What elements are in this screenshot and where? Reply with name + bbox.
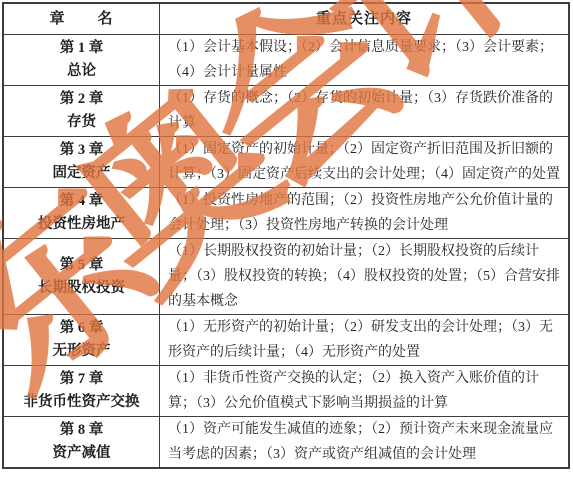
table-body: 第 1 章 总论 （1）会计基本假设；（2）会计信息质量要求；（3）会计要素；（… xyxy=(3,35,569,469)
table-row: 第 7 章 非货币性资产交换 （1）非货币性资产交换的认定；（2）换入资产入账价… xyxy=(3,366,569,417)
focus-content-cell: （1）固定资产的初始计量；（2）固定资产折旧范围及折旧额的计算；（3）固定资产后… xyxy=(160,137,570,188)
chapter-cell: 第 7 章 非货币性资产交换 xyxy=(3,366,160,417)
focus-content-cell: （1）投资性房地产的范围；（2）投资性房地产公允价值计量的会计处理；（3）投资性… xyxy=(160,188,570,239)
focus-content-cell: （1）长期股权投资的初始计量；（2）长期股权投资的后续计量；（3）股权投资的转换… xyxy=(160,239,570,315)
chapter-cell: 第 2 章 存货 xyxy=(3,86,160,137)
table-row: 第 6 章 无形资产 （1）无形资产的初始计量；（2）研发支出的会计处理；（3）… xyxy=(3,315,569,366)
chapter-cell: 第 6 章 无形资产 xyxy=(3,315,160,366)
chapter-title: 非货币性资产交换 xyxy=(8,391,155,414)
chapter-number: 第 1 章 xyxy=(8,37,155,60)
chapter-cell: 第 4 章 投资性房地产 xyxy=(3,188,160,239)
chapter-number: 第 7 章 xyxy=(8,368,155,391)
table-row: 第 2 章 存货 （1）存货的概念；（2）存货的初始计量；（3）存货跌价准备的计… xyxy=(3,86,569,137)
chapter-title: 无形资产 xyxy=(8,340,155,363)
table-header-row: 章 名 重点关注内容 xyxy=(3,3,569,35)
chapter-number: 第 4 章 xyxy=(8,190,155,213)
chapter-cell: 第 5 章 长期股权投资 xyxy=(3,239,160,315)
chapter-number: 第 8 章 xyxy=(8,419,155,442)
chapter-title: 固定资产 xyxy=(8,162,155,185)
table-row: 第 8 章 资产减值 （1）资产可能发生减值的迹象；（2）预计资产未来现金流量应… xyxy=(3,417,569,469)
focus-content-cell: （1）无形资产的初始计量；（2）研发支出的会计处理；（3）无形资产的后续计量；（… xyxy=(160,315,570,366)
chapter-number: 第 2 章 xyxy=(8,88,155,111)
chapter-number: 第 3 章 xyxy=(8,139,155,162)
chapter-focus-table: 章 名 重点关注内容 第 1 章 总论 （1）会计基本假设；（2）会计信息质量要… xyxy=(2,2,570,469)
chapter-cell: 第 8 章 资产减值 xyxy=(3,417,160,469)
table-row: 第 4 章 投资性房地产 （1）投资性房地产的范围；（2）投资性房地产公允价值计… xyxy=(3,188,569,239)
header-chapter-name: 章 名 xyxy=(3,3,160,35)
table-row: 第 3 章 固定资产 （1）固定资产的初始计量；（2）固定资产折旧范围及折旧额的… xyxy=(3,137,569,188)
header-key-focus-content: 重点关注内容 xyxy=(160,3,570,35)
focus-content-cell: （1）非货币性资产交换的认定；（2）换入资产入账价值的计算；（3）公允价值模式下… xyxy=(160,366,570,417)
table-row: 第 1 章 总论 （1）会计基本假设；（2）会计信息质量要求；（3）会计要素；（… xyxy=(3,35,569,86)
chapter-cell: 第 3 章 固定资产 xyxy=(3,137,160,188)
page: { "watermark": { "text": "东奥会计", "color"… xyxy=(0,0,573,500)
chapter-title: 长期股权投资 xyxy=(8,277,155,300)
focus-content-cell: （1）会计基本假设；（2）会计信息质量要求；（3）会计要素；（4）会计计量属性 xyxy=(160,35,570,86)
table-row: 第 5 章 长期股权投资 （1）长期股权投资的初始计量；（2）长期股权投资的后续… xyxy=(3,239,569,315)
chapter-number: 第 5 章 xyxy=(8,254,155,277)
chapter-number: 第 6 章 xyxy=(8,317,155,340)
chapter-cell: 第 1 章 总论 xyxy=(3,35,160,86)
chapter-title: 资产减值 xyxy=(8,442,155,465)
focus-content-cell: （1）资产可能发生减值的迹象；（2）预计资产未来现金流量应当考虑的因素；（3）资… xyxy=(160,417,570,469)
chapter-title: 存货 xyxy=(8,111,155,134)
chapter-title: 总论 xyxy=(8,60,155,83)
chapter-title: 投资性房地产 xyxy=(8,213,155,236)
focus-content-cell: （1）存货的概念；（2）存货的初始计量；（3）存货跌价准备的计算 xyxy=(160,86,570,137)
